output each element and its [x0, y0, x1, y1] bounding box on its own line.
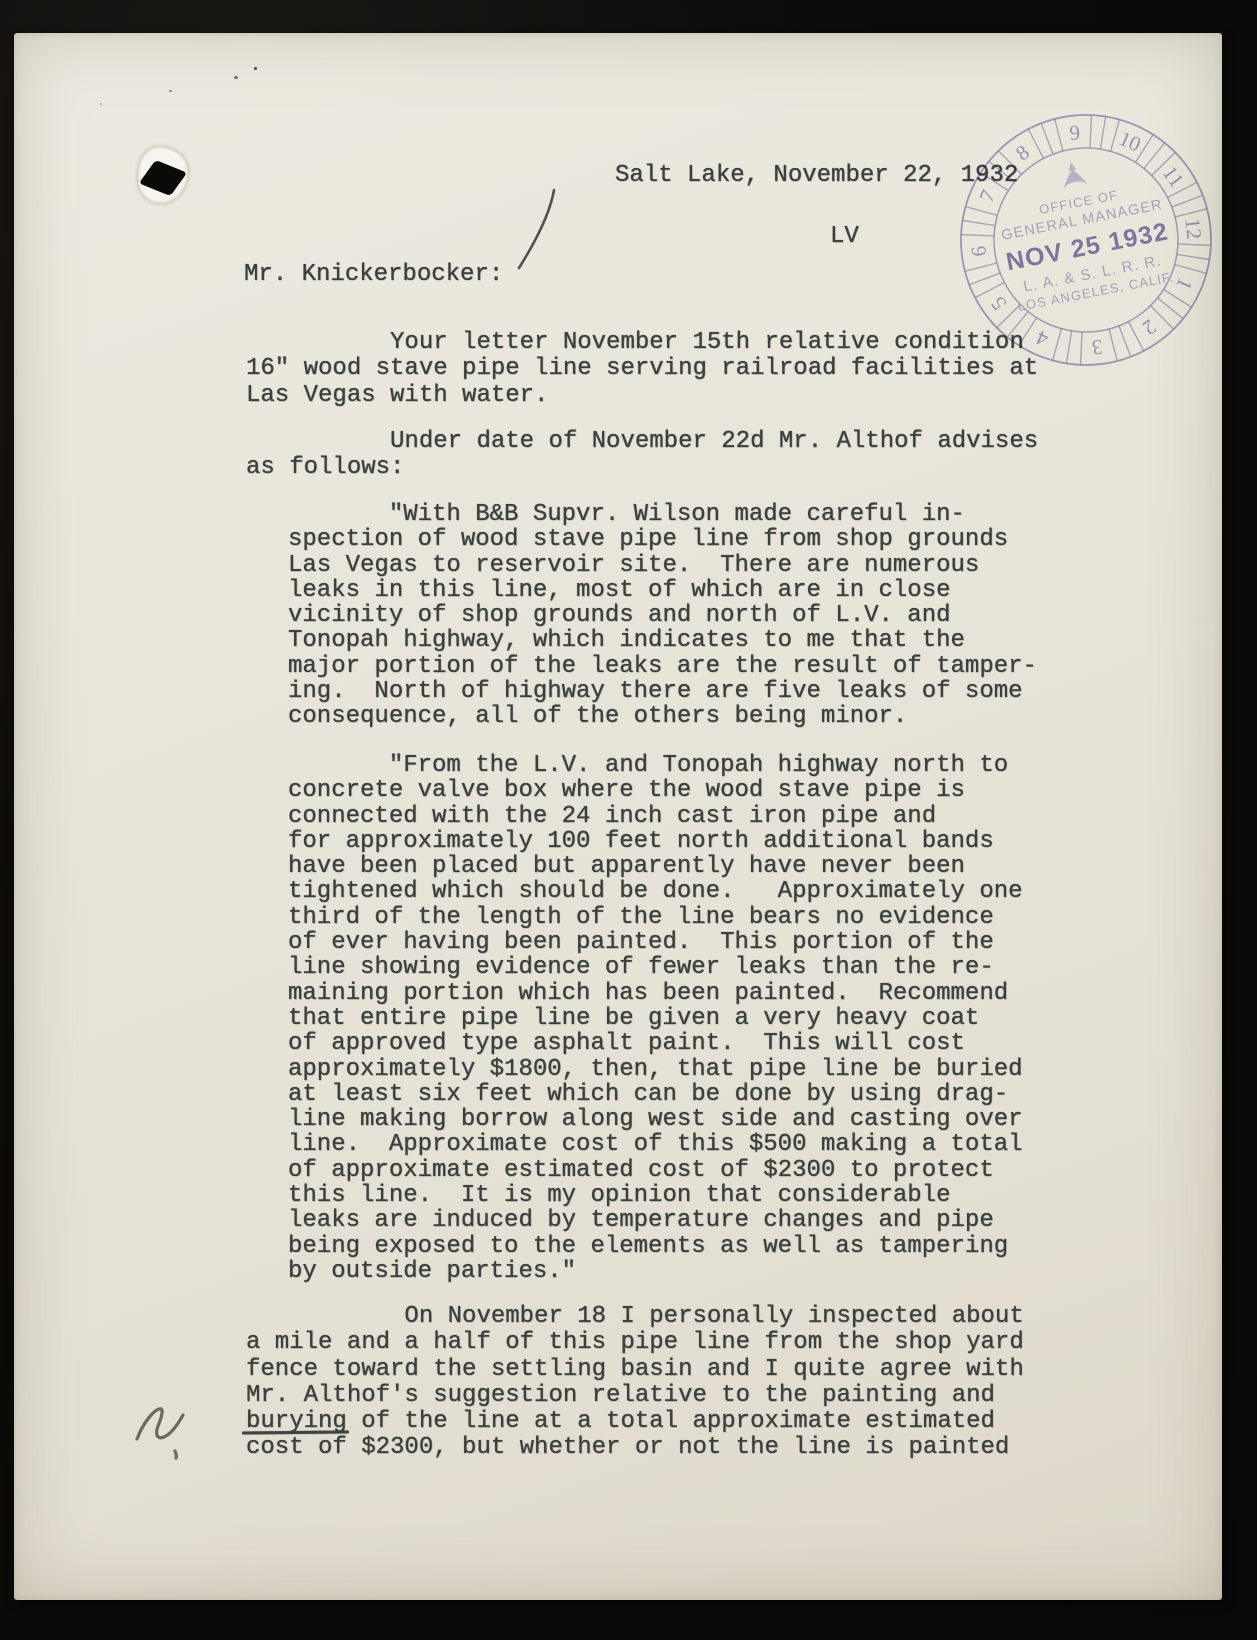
- quote-paragraph-1: "With B&B Supvr. Wilson made careful in-…: [288, 502, 1037, 730]
- paragraph-intro: Your letter November 15th relative condi…: [246, 330, 1038, 409]
- stamp-dial-number: 5: [986, 292, 1012, 315]
- handwritten-pencil-note: [125, 1395, 225, 1470]
- receiving-stamp: 910111212345678OFFICE OFGENERAL MANAGERN…: [951, 105, 1221, 375]
- salutation: Mr. Knickerbocker:: [244, 262, 503, 288]
- paper-tear: [138, 147, 188, 203]
- paper-speck: [234, 76, 238, 79]
- stamp-emblem: [1059, 160, 1087, 188]
- closing-paragraph: On November 18 I personally inspected ab…: [246, 1304, 1024, 1462]
- pen-slash-mark: [500, 180, 580, 290]
- stamp-dial-number: 2: [1138, 315, 1161, 341]
- stamp-dial-number: 4: [1032, 325, 1052, 351]
- stamp-dial-number: 1: [1172, 274, 1198, 293]
- stamp-dial-number: 9: [1068, 120, 1081, 145]
- paper-speck: [169, 90, 172, 92]
- stamp-dial-number: 7: [974, 186, 1000, 205]
- stamp-dial: 910111212345678OFFICE OFGENERAL MANAGERN…: [951, 105, 1221, 375]
- stamp-dial-number: 3: [1091, 335, 1104, 360]
- stamp-dial-number: 6: [966, 245, 991, 258]
- punch-hole: [139, 160, 187, 196]
- scanned-letter-page: { "document": { "dateline": "Salt Lake, …: [0, 0, 1257, 1640]
- paper-speck: [100, 103, 102, 105]
- reference-initials: LV: [830, 224, 859, 250]
- stamp-dial-number: 11: [1158, 161, 1189, 191]
- stamp-dial-number: 10: [1115, 126, 1144, 156]
- paper-speck: [254, 67, 257, 70]
- paragraph-under-date: Under date of November 22d Mr. Althof ad…: [246, 429, 1038, 482]
- quote-paragraph-2: "From the L.V. and Tonopah highway north…: [288, 753, 1023, 1284]
- stamp-dial-number: 12: [1180, 217, 1206, 240]
- stamp-dial-number: 8: [1011, 140, 1034, 166]
